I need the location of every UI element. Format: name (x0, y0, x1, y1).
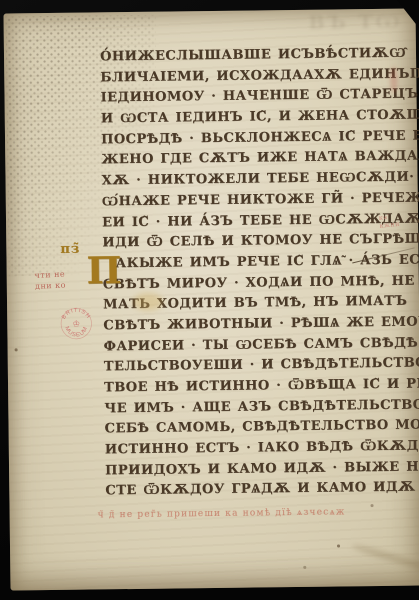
margin-note-left-line: дни ко (35, 279, 79, 292)
red-smudge (390, 67, 397, 93)
manuscript-line: СТЕ ѾКѪДОУ ГРѦДѪ И КАМО ИДѪ · ВЫ (105, 478, 419, 503)
stamp-crown-icon: ♔ (72, 319, 80, 329)
rubric-line: ч̃ д̃ не рег̃ь пришеши ка номѣ дїѣ ѧзчес… (98, 506, 358, 520)
margin-note-left: чти не дни ко (34, 268, 79, 292)
text-block: О́НИЖЕСЛЫШАВШЕ ИСЪВѢ́СТИѪѠ̑БЛИЧАІЕМИ, ИС… (100, 44, 419, 503)
parchment-crease (351, 542, 419, 572)
margin-section-number: пз̃ (60, 242, 80, 257)
ink-speck (371, 504, 374, 507)
ink-speck (15, 348, 18, 351)
photo-background: ВЪ ТѠ О́НИЖЕСЛЫШАВШЕ ИСЪВѢ́СТИѪѠ̑БЛИЧАІЕ… (0, 0, 419, 600)
british-museum-stamp: BRITISH MUSEUM ♔ (57, 304, 95, 342)
manuscript-page: ВЪ ТѠ О́НИЖЕСЛЫШАВШЕ ИСЪВѢ́СТИѪѠ̑БЛИЧАІЕ… (3, 9, 419, 591)
ink-speck (303, 566, 306, 569)
ink-showthrough: ВЪ ТѠ (308, 11, 408, 48)
ink-speck (337, 544, 340, 547)
illuminated-initial: П (86, 252, 121, 288)
